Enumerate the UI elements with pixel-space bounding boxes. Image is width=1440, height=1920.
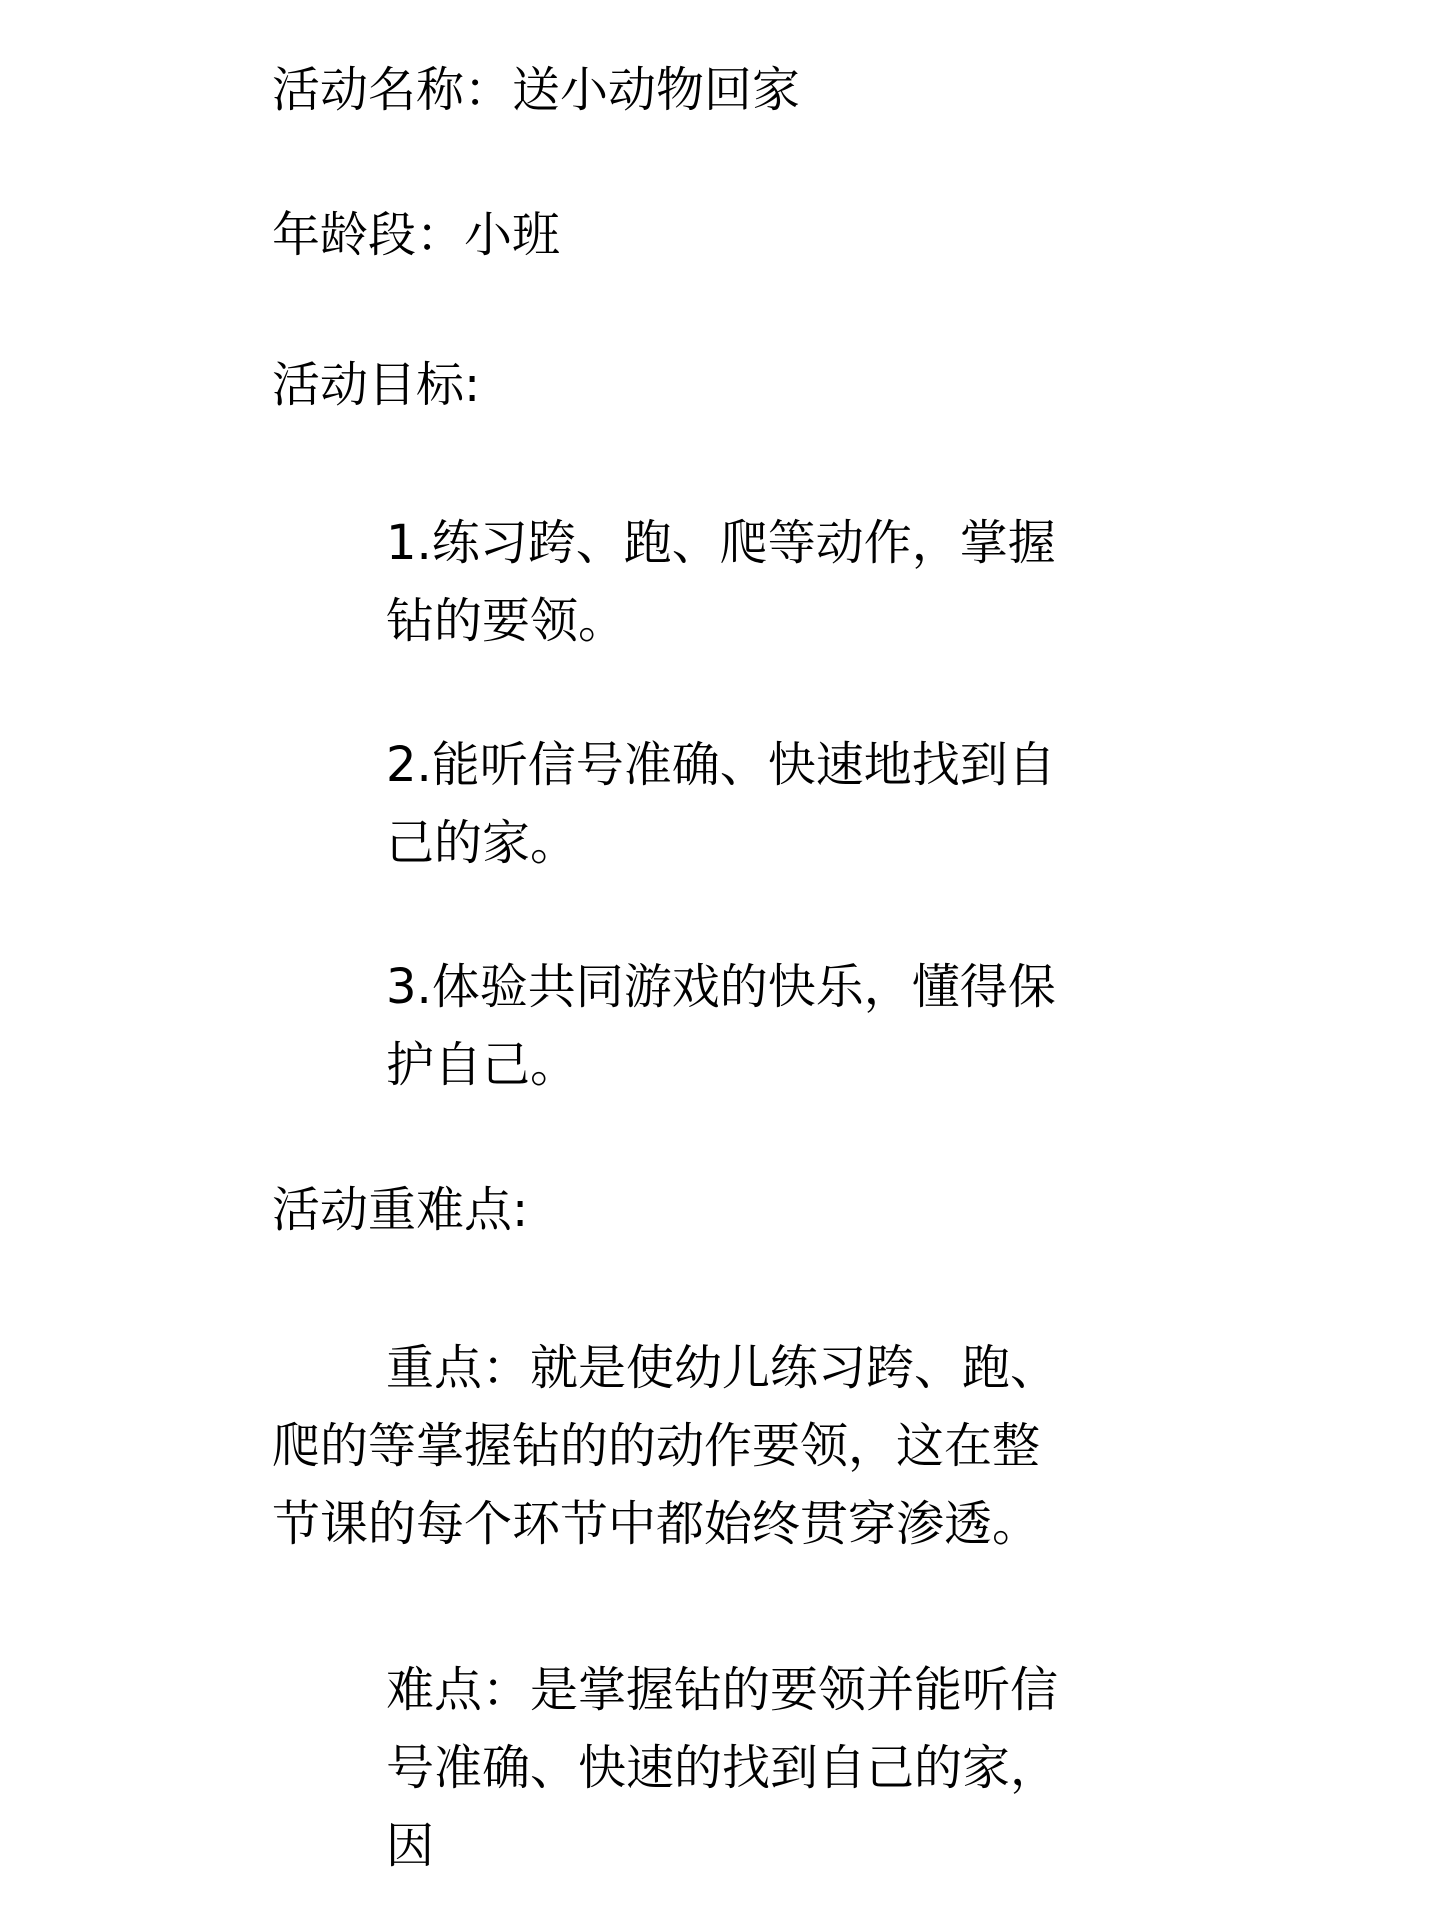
difficulty-line-2: 号准确、快速的找到自己的家，: [386, 1738, 1058, 1798]
objective-item-1-line-2: 钻的要领。: [386, 591, 626, 651]
age-group-line: 年龄段：小班: [272, 205, 560, 265]
objective-item-3-line-2: 护自己。: [386, 1035, 578, 1095]
activity-name-line: 活动名称：送小动物回家: [272, 60, 800, 120]
focus-line-2: 爬的等掌握钻的的动作要领，这在整: [272, 1416, 1040, 1476]
age-group-value: 小班: [464, 207, 560, 263]
objective-item-2-line-2: 己的家。: [386, 813, 578, 873]
objective-item-1-line-1: 1.练习跨、跑、爬等动作，掌握: [386, 513, 1056, 573]
focus-line-1: 重点：就是使幼儿练习跨、跑、: [386, 1338, 1058, 1398]
key-points-heading: 活动重难点:: [272, 1180, 528, 1240]
age-group-label: 年龄段：: [272, 207, 464, 263]
difficulty-line-1: 难点：是掌握钻的要领并能听信: [386, 1660, 1058, 1720]
activity-name-label: 活动名称：: [272, 62, 512, 118]
focus-line-3: 节课的每个环节中都始终贯穿渗透。: [272, 1494, 1040, 1554]
objectives-heading: 活动目标:: [272, 355, 480, 415]
objective-item-2-line-1: 2.能听信号准确、快速地找到自: [386, 735, 1056, 795]
activity-name-value: 送小动物回家: [512, 62, 800, 118]
document-page: 活动名称：送小动物回家 年龄段：小班 活动目标: 1.练习跨、跑、爬等动作，掌握…: [0, 0, 1440, 1920]
objective-item-3-line-1: 3.体验共同游戏的快乐，懂得保: [386, 957, 1056, 1017]
difficulty-line-3: 因: [386, 1816, 434, 1876]
